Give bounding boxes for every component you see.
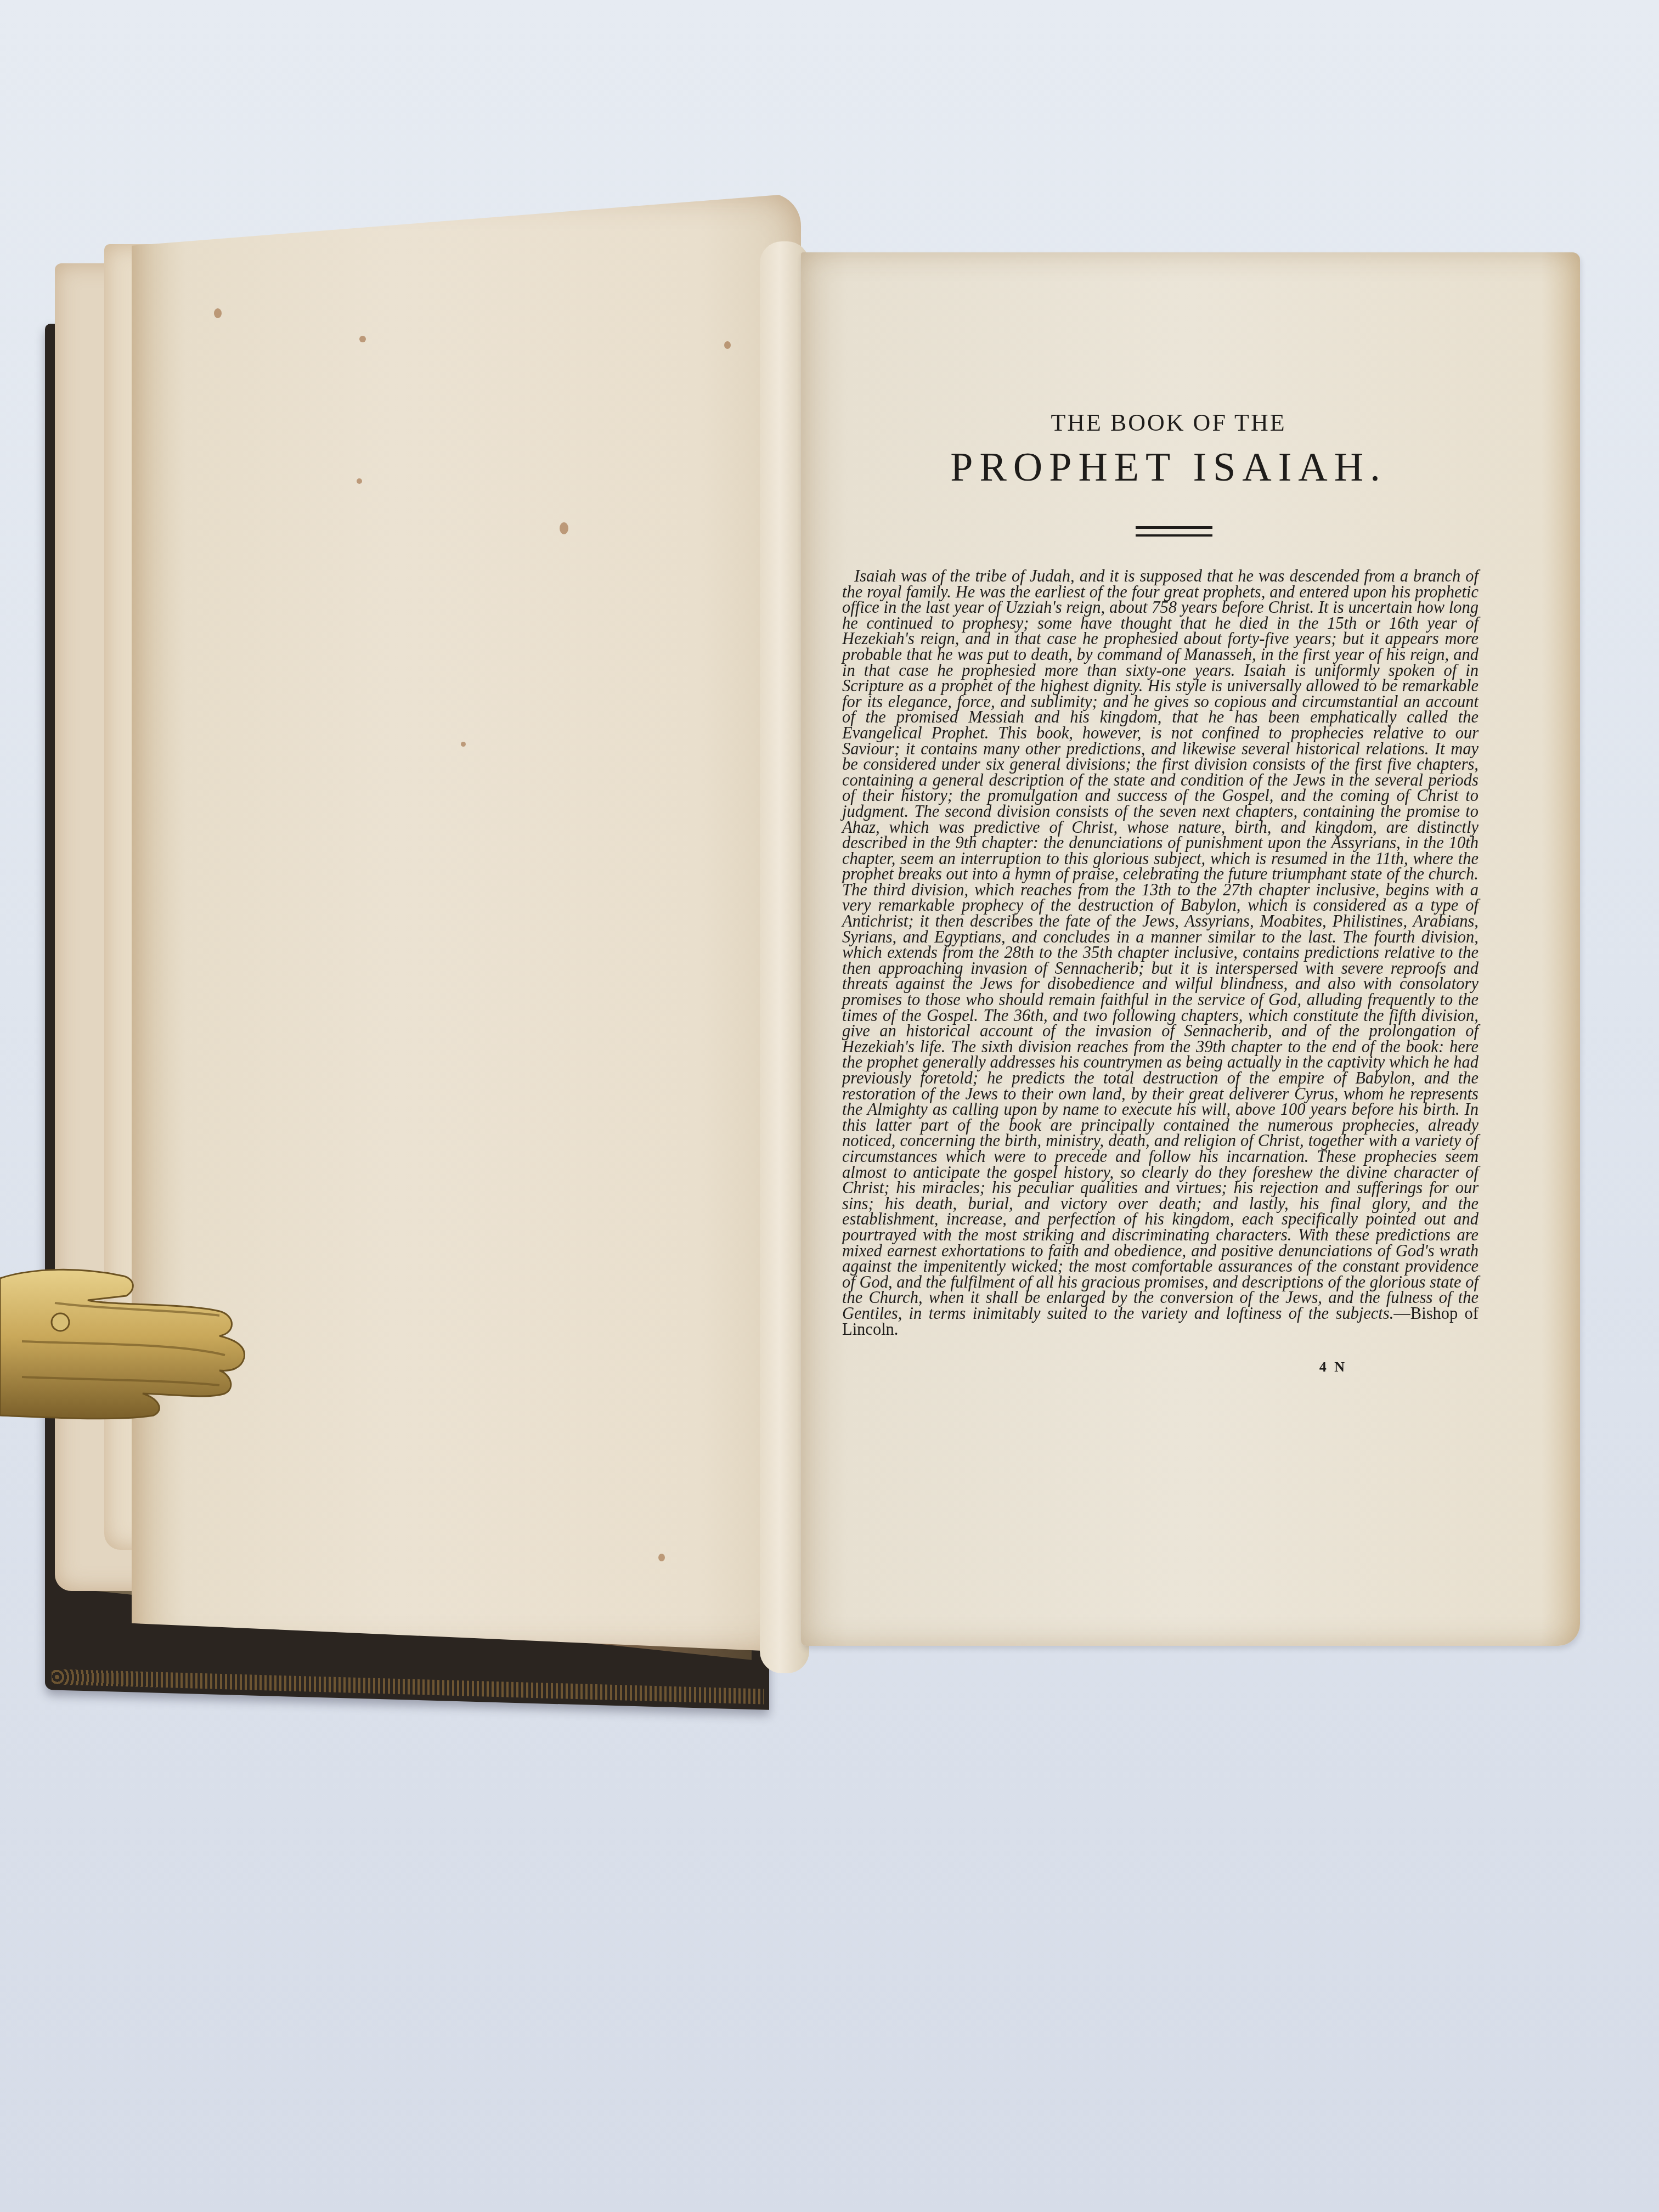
foxing-spot [658, 1554, 665, 1561]
foxing-spot [357, 478, 362, 484]
right-page-text: THE BOOK OF THE PROPHET ISAIAH. Isaiah w… [842, 409, 1479, 1375]
heading-large: PROPHET ISAIAH. [842, 444, 1479, 491]
signature-mark: 4 N [842, 1359, 1347, 1375]
book-photo: THE BOOK OF THE PROPHET ISAIAH. Isaiah w… [0, 0, 1659, 2212]
brass-hand-bookweight-icon [0, 1245, 252, 1443]
foxing-spot [359, 336, 366, 342]
foxing-spot [560, 522, 568, 534]
introduction-body: Isaiah was of the tribe of Judah, and it… [842, 567, 1479, 1323]
gilt-border [52, 1669, 764, 1704]
heading-small: THE BOOK OF THE [842, 409, 1479, 437]
foxing-spot [724, 341, 731, 349]
introduction-paragraph: Isaiah was of the tribe of Judah, and it… [842, 568, 1479, 1337]
foxing-spot [461, 742, 466, 747]
foxing-spot [214, 308, 222, 318]
double-rule-divider [1136, 526, 1212, 537]
